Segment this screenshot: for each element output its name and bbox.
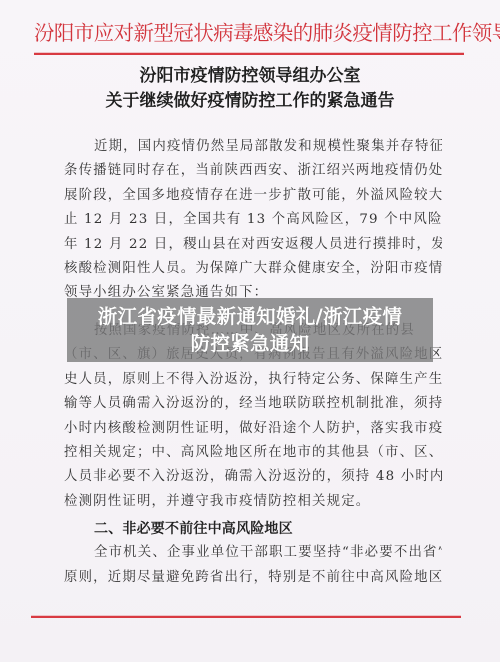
- text-line: 输等人员确需入汾返汾的，经当地联防联控机制批准，须持 48: [64, 392, 442, 416]
- section2: 二、非必要不前往中高风险地区 全市机关、企事业单位干部职工要坚持“非必要不出省”…: [64, 517, 442, 590]
- notice-title: 关于继续做好疫情防控工作的紧急通告: [0, 89, 500, 113]
- letterhead-title: 汾阳市应对新型冠状病毒感染的肺炎疫情防控工作领导组: [34, 18, 464, 48]
- notice-issuer-title: 汾阳市疫情防控领导组办公室: [0, 64, 500, 88]
- text-line: 控相关规定；中、高风险地区所在地市的其他县（市、区、旗）: [64, 441, 442, 465]
- text-line: 止 12 月 23 日，全国共有 13 个高风险区，79 个中风险区。2021: [64, 208, 442, 232]
- text-line: 核酸检测阳性人员。为保障广大群众健康安全，汾阳市疫情防控: [64, 257, 442, 281]
- text-line: 原则，近期尽量避免跨省出行，特别是不前往中高风险地区所在: [64, 566, 442, 590]
- text-line: 条传播链同时存在，当前陕西西安、浙江绍兴两地疫情仍处于发: [64, 159, 442, 183]
- headline-overlay-banner: 浙江省疫情最新通知婚礼/浙江疫情 防控紧急通知: [67, 298, 433, 362]
- text-line: 小时内核酸检测阴性证明，做好沿途个人防护，落实我市疫情防: [64, 417, 442, 441]
- text-line: 年 12 月 22 日，稷山县在对西安返稷人员进行摸排时，发现 1 例: [64, 233, 442, 257]
- text-line: 全市机关、企事业单位干部职工要坚持“非必要不出省”的: [64, 541, 442, 565]
- section2-heading: 二、非必要不前往中高风险地区: [64, 517, 442, 541]
- footer-red-rule: [31, 616, 461, 618]
- document-page: 汾阳市应对新型冠状病毒感染的肺炎疫情防控工作领导组 汾阳市疫情防控领导组办公室 …: [0, 0, 500, 662]
- intro-paragraph: 近期，国内疫情仍然呈局部散发和规模性聚集并存特征，多 条传播链同时存在，当前陕西…: [64, 135, 442, 306]
- text-line: 史人员，原则上不得入汾返汾，执行特定公务、保障生产生活运: [64, 368, 442, 392]
- text-line: 人员非必要不入汾返汾，确需入汾返汾的，须持 48 小时内核酸: [64, 465, 442, 489]
- letterhead-red-rule: [34, 53, 464, 55]
- banner-line-2: 防控紧急通知: [191, 330, 310, 357]
- banner-line-1: 浙江省疫情最新通知婚礼/浙江疫情: [98, 303, 402, 330]
- text-line: 展阶段，全国多地疫情存在进一步扩散可能，外溢风险较大，截: [64, 184, 442, 208]
- text-line: 检测阴性证明，并遵守我市疫情防控相关规定。: [64, 490, 442, 514]
- text-line: 近期，国内疫情仍然呈局部散发和规模性聚集并存特征，多: [64, 135, 442, 159]
